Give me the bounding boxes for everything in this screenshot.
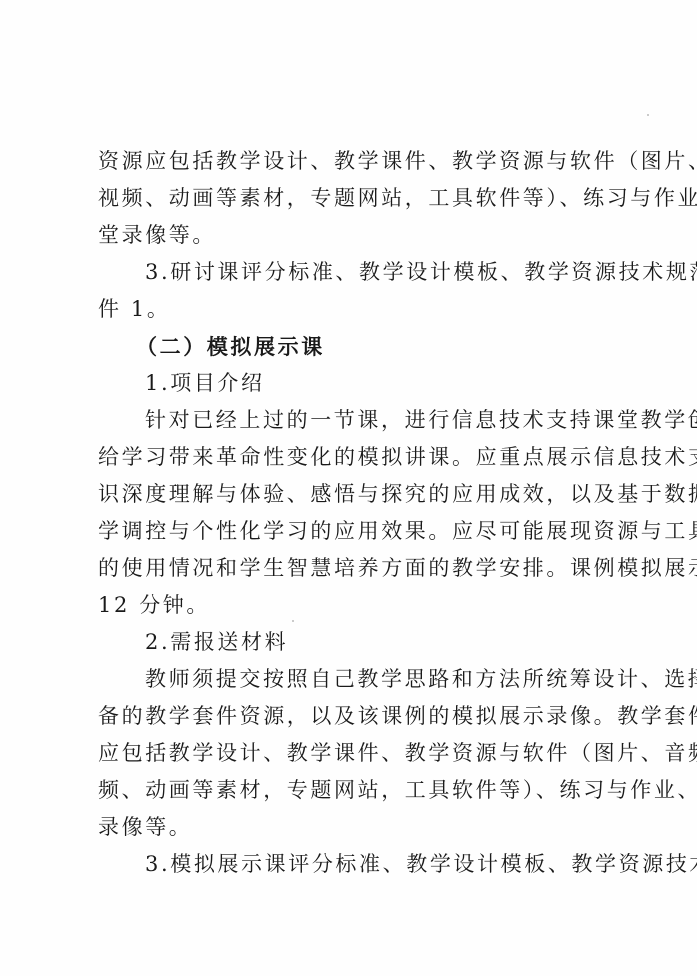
paragraph-line: 录像等。 <box>98 809 624 846</box>
list-item-3-mock-standards: 3.模拟展示课评分标准、教学设计模板、教学资源技术规范 <box>98 846 624 883</box>
paragraph-line: 12 分钟。 <box>98 587 624 624</box>
paragraph-line: 给学习带来革命性变化的模拟讲课。应重点展示信息技术支持知 <box>98 439 624 476</box>
subheading-materials: 2.需报送材料 <box>98 624 624 661</box>
paragraph-line: 学调控与个性化学习的应用效果。应尽可能展现资源与工具软件 <box>98 513 624 550</box>
paragraph-line: 备的教学套件资源，以及该课例的模拟展示录像。教学套件资源 <box>98 698 624 735</box>
section-heading-mock-demo: （二）模拟展示课 <box>98 328 624 365</box>
paragraph-line: 资源应包括教学设计、教学课件、教学资源与软件（图片、音频、 <box>98 143 624 180</box>
paragraph-line: 应包括教学设计、教学课件、教学资源与软件（图片、音频、视 <box>98 735 624 772</box>
paragraph-line: 频、动画等素材，专题网站，工具软件等）、练习与作业、课堂 <box>98 772 624 809</box>
paragraph-line: 识深度理解与体验、感悟与探究的应用成效，以及基于数据的教 <box>98 476 624 513</box>
paragraph-line: 的使用情况和学生智慧培养方面的教学安排。课例模拟展示时间 <box>98 550 624 587</box>
paragraph-line: 堂录像等。 <box>98 217 624 254</box>
paragraph-line: 视频、动画等素材，专题网站，工具软件等）、练习与作业、课 <box>98 180 624 217</box>
scan-speck <box>647 114 649 116</box>
paragraph-line: 针对已经上过的一节课，进行信息技术支持课堂教学创新、 <box>98 402 624 439</box>
document-page: 资源应包括教学设计、教学课件、教学资源与软件（图片、音频、 视频、动画等素材，专… <box>0 0 697 976</box>
document-body: 资源应包括教学设计、教学课件、教学资源与软件（图片、音频、 视频、动画等素材，专… <box>98 143 624 883</box>
paragraph-line: 件 1。 <box>98 291 624 328</box>
subheading-project-intro: 1.项目介绍 <box>98 365 624 402</box>
list-item-3-standards: 3.研讨课评分标准、教学设计模板、教学资源技术规范见附 <box>98 254 624 291</box>
paragraph-line: 教师须提交按照自己教学思路和方法所统筹设计、选择和准 <box>98 661 624 698</box>
